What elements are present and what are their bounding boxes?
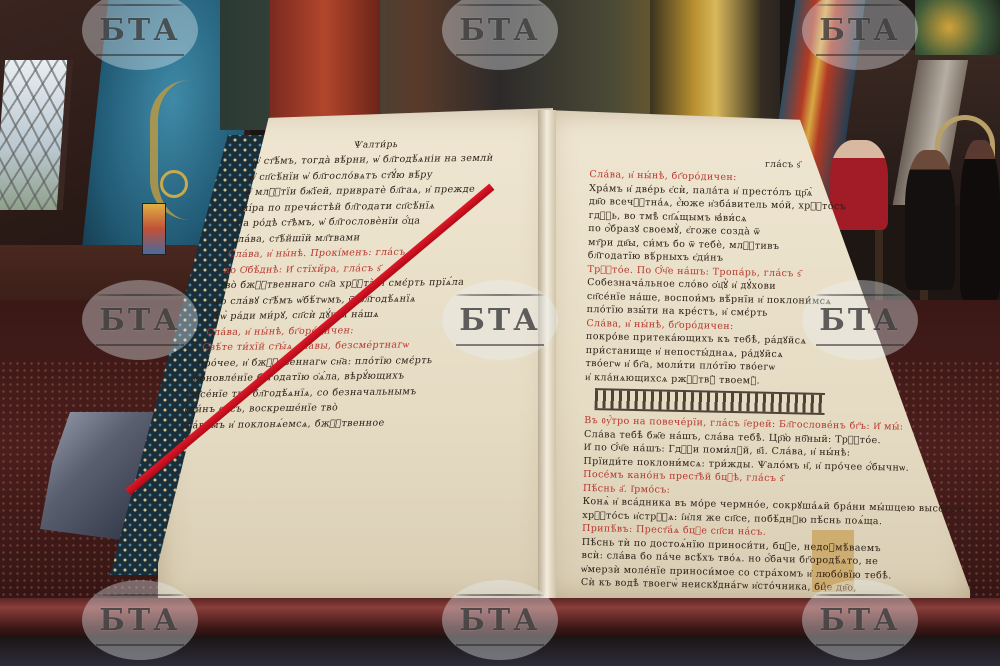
gold-scroll-ornament (150, 80, 218, 220)
gold-cross-ornament (160, 170, 188, 198)
bta-watermark: БТА (82, 580, 198, 660)
bta-watermark: БТА (82, 280, 198, 360)
window-grille (0, 60, 67, 210)
right-page-text: гла́съ ѕ҃ Сла́ва, и҆ ны́нѣ, бг҃оро́дичен… (581, 150, 976, 597)
church-scene: Ѱалти́рь ѡ҆ ст҃ѣ́мъ, тогда̀ вѣ́рни, ѡ҆ б… (0, 0, 1000, 666)
watermark-label: БТА (459, 13, 540, 48)
bta-watermark: БТА (802, 280, 918, 360)
watermark-label: БТА (459, 603, 540, 638)
watermark-label: БТА (819, 603, 900, 638)
book-gutter (538, 110, 556, 602)
bta-watermark: БТА (442, 580, 558, 660)
watermark-label: БТА (99, 13, 180, 48)
bta-watermark: БТА (442, 280, 558, 360)
window (0, 60, 73, 210)
watermark-label: БТА (819, 303, 900, 338)
bta-watermark: БТА (802, 580, 918, 660)
watermark-label: БТА (819, 13, 900, 48)
mural-figure-red-robe (270, 0, 380, 130)
small-icon-card (142, 203, 166, 255)
watermark-label: БТА (99, 303, 180, 338)
gold-ornament-top-right (915, 0, 1000, 55)
watermark-label: БТА (459, 303, 540, 338)
mural-figure-gold-robe (650, 0, 760, 130)
watermark-label: БТА (99, 603, 180, 638)
ornament-band (595, 388, 825, 415)
